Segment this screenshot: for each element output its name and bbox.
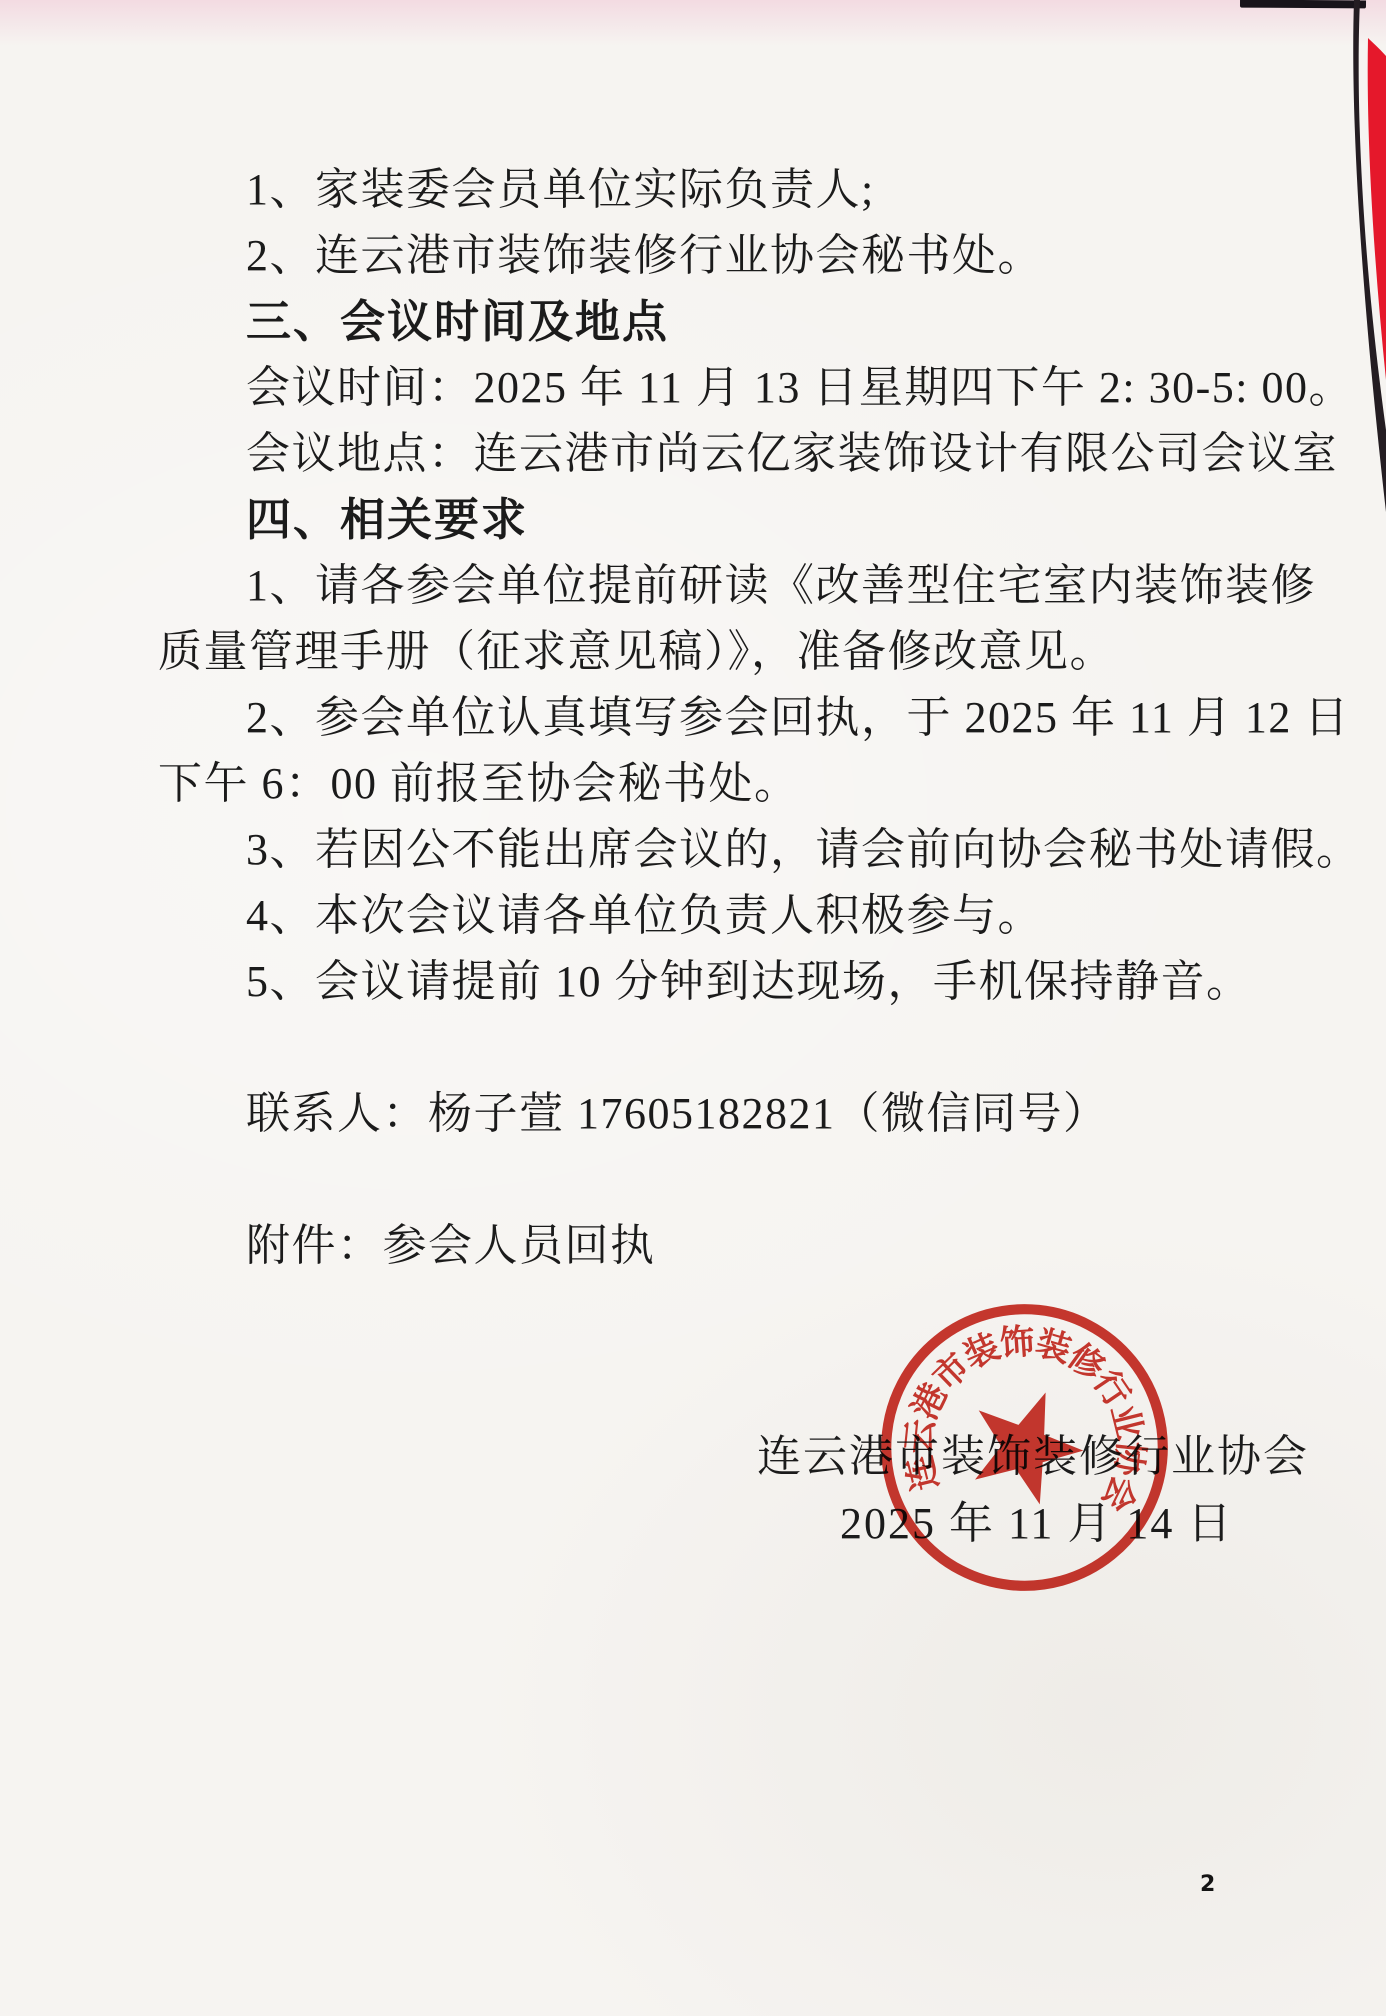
official-seal: 连云港市装饰装修行业协会	[857, 1280, 1192, 1615]
seal-star-icon	[970, 1386, 1089, 1509]
document-line: 4、本次会议请各单位负责人积极参与。	[158, 883, 1268, 949]
document-line: 1、请各参会单位提前研读《改善型住宅室内装饰装修	[158, 553, 1268, 619]
document-line: 会议时间：2025 年 11 月 13 日星期四下午 2: 30-5: 00。	[158, 355, 1268, 421]
document-line: 1、家装委会员单位实际负责人;	[158, 157, 1268, 223]
blank-line	[158, 1147, 1268, 1213]
document-line: 联系人：杨子萱 17605182821（微信同号）	[158, 1081, 1268, 1147]
document-page: { "document": { "lines": [ {"text": "1、家…	[0, 0, 1386, 2016]
document-line: 5、会议请提前 10 分钟到达现场，手机保持静音。	[158, 949, 1268, 1015]
page-number: 2	[1200, 1872, 1215, 1897]
document-line: 三、会议时间及地点	[158, 289, 1268, 355]
document-line: 3、若因公不能出席会议的，请会前向协会秘书处请假。	[158, 817, 1268, 883]
photo-artifact-top-tint	[0, 0, 1386, 46]
document-line: 2、参会单位认真填写参会回执，于 2025 年 11 月 12 日	[158, 685, 1268, 751]
document-line: 质量管理手册（征求意见稿）》，准备修改意见。	[158, 619, 1268, 685]
seal-text-char: 业	[1104, 1401, 1149, 1444]
document-line: 下午 6：00 前报至协会秘书处。	[158, 751, 1268, 817]
seal-text-char: 饰	[999, 1322, 1037, 1363]
blank-line	[158, 1015, 1268, 1081]
seal-text-char: 会	[1094, 1470, 1143, 1518]
document-body: 1、家装委会员单位实际负责人;2、连云港市装饰装修行业协会秘书处。三、会议时间及…	[158, 157, 1268, 1279]
document-line: 会议地点：连云港市尚云亿家装饰设计有限公司会议室	[158, 421, 1268, 487]
seal-text-char: 连	[900, 1451, 945, 1494]
document-line: 2、连云港市装饰装修行业协会秘书处。	[158, 223, 1268, 289]
document-line: 四、相关要求	[158, 487, 1268, 553]
document-line: 附件：参会人员回执	[158, 1213, 1268, 1279]
